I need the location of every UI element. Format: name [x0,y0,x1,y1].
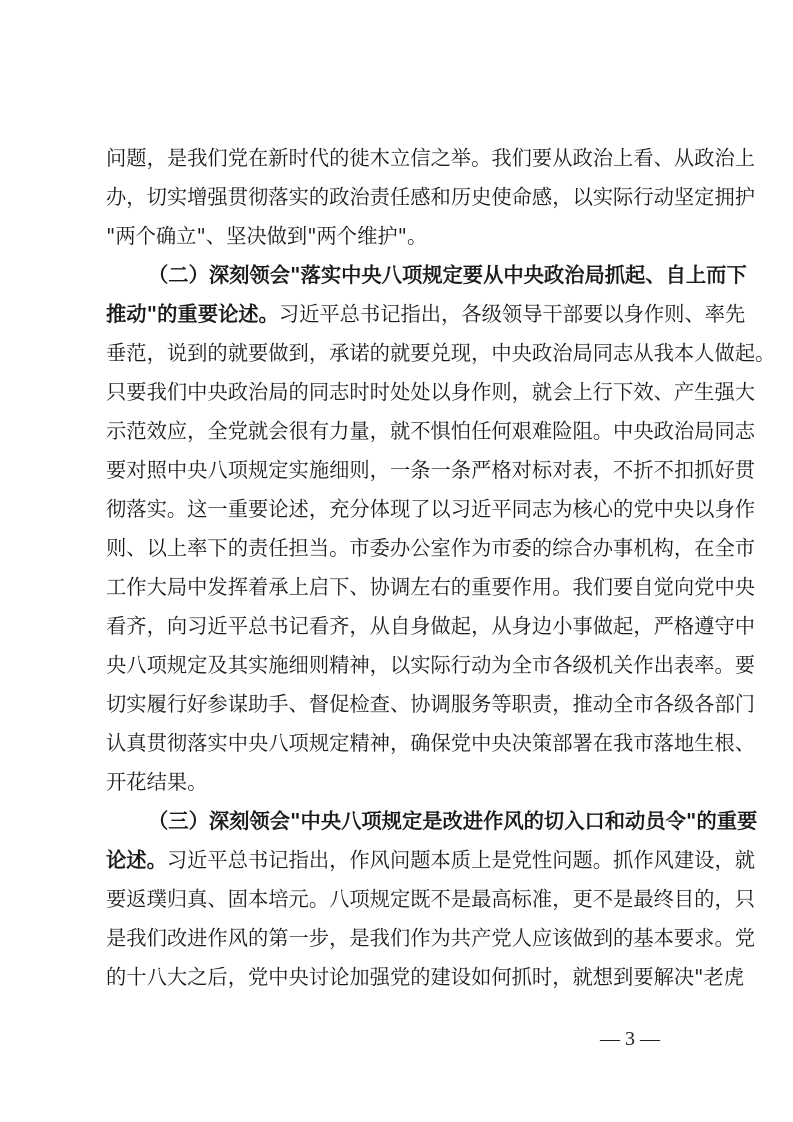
text-line: 工作大局中发挥着承上启下、协调左右的重要作用。我们要自觉向党中央 [106,572,694,611]
text-line: 认真贯彻落实中央八项规定精神，确保党中央决策部署在我市落地生根、 [106,728,694,767]
text-line: 切实履行好参谋助手、督促检查、协调服务等职责，推动全市各级各部门 [106,689,694,728]
body-text: 问题，是我们党在新时代的徙木立信之举。我们要从政治上看、从政治上 办，切实增强贯… [106,143,694,1001]
text-line: 垂范，说到的就要做到，承诺的就要兑现，中央政治局同志从我本人做起。 [106,338,694,377]
text-line: 示范效应，全党就会很有力量，就不惧怕任何艰难险阻。中央政治局同志 [106,416,694,455]
section-heading-2: （二）深刻领会"落实中央八项规定要从中央政治局抓起、自上而下 [106,260,694,299]
text-line: "两个确立"、坚决做到"两个维护"。 [106,221,694,260]
text-line: 看齐，向习近平总书记看齐，从自身做起，从身边小事做起，严格遵守中 [106,611,694,650]
text-line: 开花结果。 [106,767,694,806]
text-line: 彻落实。这一重要论述，充分体现了以习近平同志为核心的党中央以身作 [106,494,694,533]
text-line: 的十八大之后，党中央讨论加强党的建设如何抓时，就想到要解决"老虎 [106,962,694,1001]
text-line: 问题，是我们党在新时代的徙木立信之举。我们要从政治上看、从政治上 [106,143,694,182]
section-heading-3: （三）深刻领会"中央八项规定是改进作风的切入口和动员令"的重要 [106,806,694,845]
document-page: 问题，是我们党在新时代的徙木立信之举。我们要从政治上看、从政治上 办，切实增强贯… [0,0,793,1122]
text-line: 只要我们中央政治局的同志时时处处以身作则，就会上行下效、产生强大 [106,377,694,416]
text-line: 要返璞归真、固本培元。八项规定既不是最高标准，更不是最终目的，只 [106,884,694,923]
text-line: 论述。习近平总书记指出，作风问题本质上是党性问题。抓作风建设，就 [106,845,694,884]
text-line: 则、以上率下的责任担当。市委办公室作为市委的综合办事机构，在全市 [106,533,694,572]
text-span: 习近平总书记指出，各级领导干部要以身作则、率先 [279,302,745,326]
text-line: 推动"的重要论述。习近平总书记指出，各级领导干部要以身作则、率先 [106,299,694,338]
text-line: 是我们改进作风的第一步，是我们作为共产党人应该做到的基本要求。党 [106,923,694,962]
section-heading-2-cont: 推动"的重要论述。 [106,302,279,326]
text-span: 习近平总书记指出，作风问题本质上是党性问题。抓作风建设，就 [167,848,755,872]
text-line: 办，切实增强贯彻落实的政治责任感和历史使命感，以实际行动坚定拥护 [106,182,694,221]
text-line: 央八项规定及其实施细则精神，以实际行动为全市各级机关作出表率。要 [106,650,694,689]
page-number: — 3 — [600,1028,660,1051]
section-heading-3-cont: 论述。 [106,848,167,872]
text-line: 要对照中央八项规定实施细则，一条一条严格对标对表，不折不扣抓好贯 [106,455,694,494]
